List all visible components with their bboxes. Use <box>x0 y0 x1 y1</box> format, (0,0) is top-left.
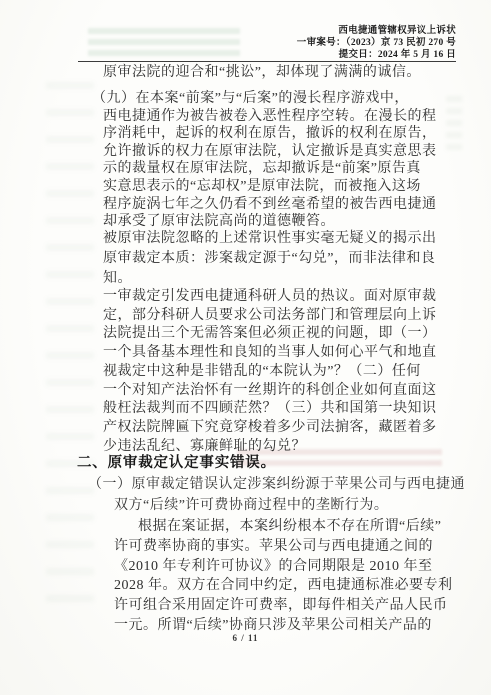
text-line: 一审裁定引发西电捷通科研人员的热议。面对原审裁 <box>103 288 443 307</box>
paragraph-evidence: 根据在案证据，本案纠纷根本不存在所谓“后续”许可费率协商的事实。苹果公司与西电捷… <box>114 517 446 636</box>
header-case-number: 一审案号：（2023）京 73 民初 270 号 <box>297 37 456 49</box>
text-line: 许可组合采用固定许可费率，即每件相关产品人民币 <box>114 596 446 616</box>
text-line: （一）原审裁定错误认定涉案纠纷源于苹果公司与西电捷通 <box>114 475 446 496</box>
text-line: 2028 年。双方在合同中约定，西电捷通标准必要专利 <box>114 576 446 596</box>
paragraph-researchers-questions: 一审裁定引发西电捷通科研人员的热议。面对原审裁定，部分科研人员要求公司法务部门和… <box>103 288 443 456</box>
text-line: 法院提出三个无需答案但必须正视的问题，即（一） <box>103 325 443 344</box>
text-line: 一个具备基本理性和良知的当事人如何心平气和地直 <box>103 344 443 363</box>
header-title: 西电捷通管辖权异议上诉状 <box>297 25 456 37</box>
text-line: 双方“后续”许可费协商过程中的垄断行为。 <box>114 496 446 517</box>
bleedthrough-ghost <box>88 28 240 60</box>
text-line: 原审裁定本质：涉案裁定源于“勾兑”，而非法律和良 <box>103 249 443 269</box>
text-line: 定，部分科研人员要求公司法务部门和管理层向上诉 <box>103 307 443 326</box>
text-line: 原审法院的迎合和“挑讼”，却体现了满满的诚信。 <box>103 63 443 83</box>
page-header: 西电捷通管辖权异议上诉状 一审案号：（2023）京 73 民初 270 号 提交… <box>297 25 456 61</box>
text-line: 程序旋涡七年之久仍看不到丝毫希望的被告西电捷通 <box>103 196 443 214</box>
text-line: 示的裁量权在原审法院，忘却撤诉是“前案”原告真 <box>103 160 443 178</box>
text-line: 视裁定中这种是非错乱的“本院认为”？（二）任何 <box>103 363 443 382</box>
text-line: 许可费率协商的事实。苹果公司与西电捷通之间的 <box>114 537 446 557</box>
text-line: 一个对知产法治怀有一丝期许的科创企业如何直面这 <box>103 382 443 401</box>
bleedthrough-ghost <box>46 82 94 602</box>
text-line: 西电捷通作为被告被卷入恶性程序空转。在漫长的程 <box>103 108 443 126</box>
text-line: 知。 <box>103 269 443 289</box>
text-line: 实意思表示的“忘却权”是原审法院，而被拖入这场 <box>103 178 443 196</box>
text-line: （九）在本案“前案”与“后案”的漫长程序游戏中， <box>103 90 443 108</box>
paragraph-item-nine: （九）在本案“前案”与“后案”的漫长程序游戏中，西电捷通作为被告被卷入恶性程序空… <box>103 90 443 231</box>
text-line: 产权法院牌匾下究竟穿梭着多少司法掮客，藏匿着多 <box>103 419 443 438</box>
header-divider <box>78 61 456 62</box>
text-line: 般枉法裁判而不四顾茫然？（三）共和国第一块知识 <box>103 400 443 419</box>
text-line: 序消耗中，起诉的权利在原告，撤诉的权利在原告， <box>103 125 443 143</box>
text-line: 被原审法院忽略的上述常识性事实毫无疑义的揭示出 <box>103 229 443 249</box>
header-submit-date: 提交日：2024 年 5 月 16 日 <box>297 49 456 61</box>
text-line: 《2010 年专利许可协议》的合同期限是 2010 年至 <box>114 557 446 577</box>
page-number: 6 / 11 <box>0 633 491 643</box>
bleedthrough-ghost <box>446 96 462 154</box>
text-line: 根据在案证据，本案纠纷根本不存在所谓“后续” <box>114 517 446 537</box>
text-line: 允许撤诉的权力在原审法院，认定撤诉是真实意思表 <box>103 143 443 161</box>
subheading-item-one: （一）原审裁定错误认定涉案纠纷源于苹果公司与西电捷通双方“后续”许可费协商过程中… <box>114 475 446 516</box>
paragraph-closing-sentence: 原审法院的迎合和“挑讼”，却体现了满满的诚信。 <box>103 63 443 83</box>
paragraph-overlooked-facts: 被原审法院忽略的上述常识性事实毫无疑义的揭示出原审裁定本质：涉案裁定源于“勾兑”… <box>103 229 443 289</box>
document-page: 西电捷通管辖权异议上诉状 一审案号：（2023）京 73 民初 270 号 提交… <box>0 0 491 695</box>
section-two-heading: 二、原审裁定认定事实错误。 <box>77 451 276 472</box>
